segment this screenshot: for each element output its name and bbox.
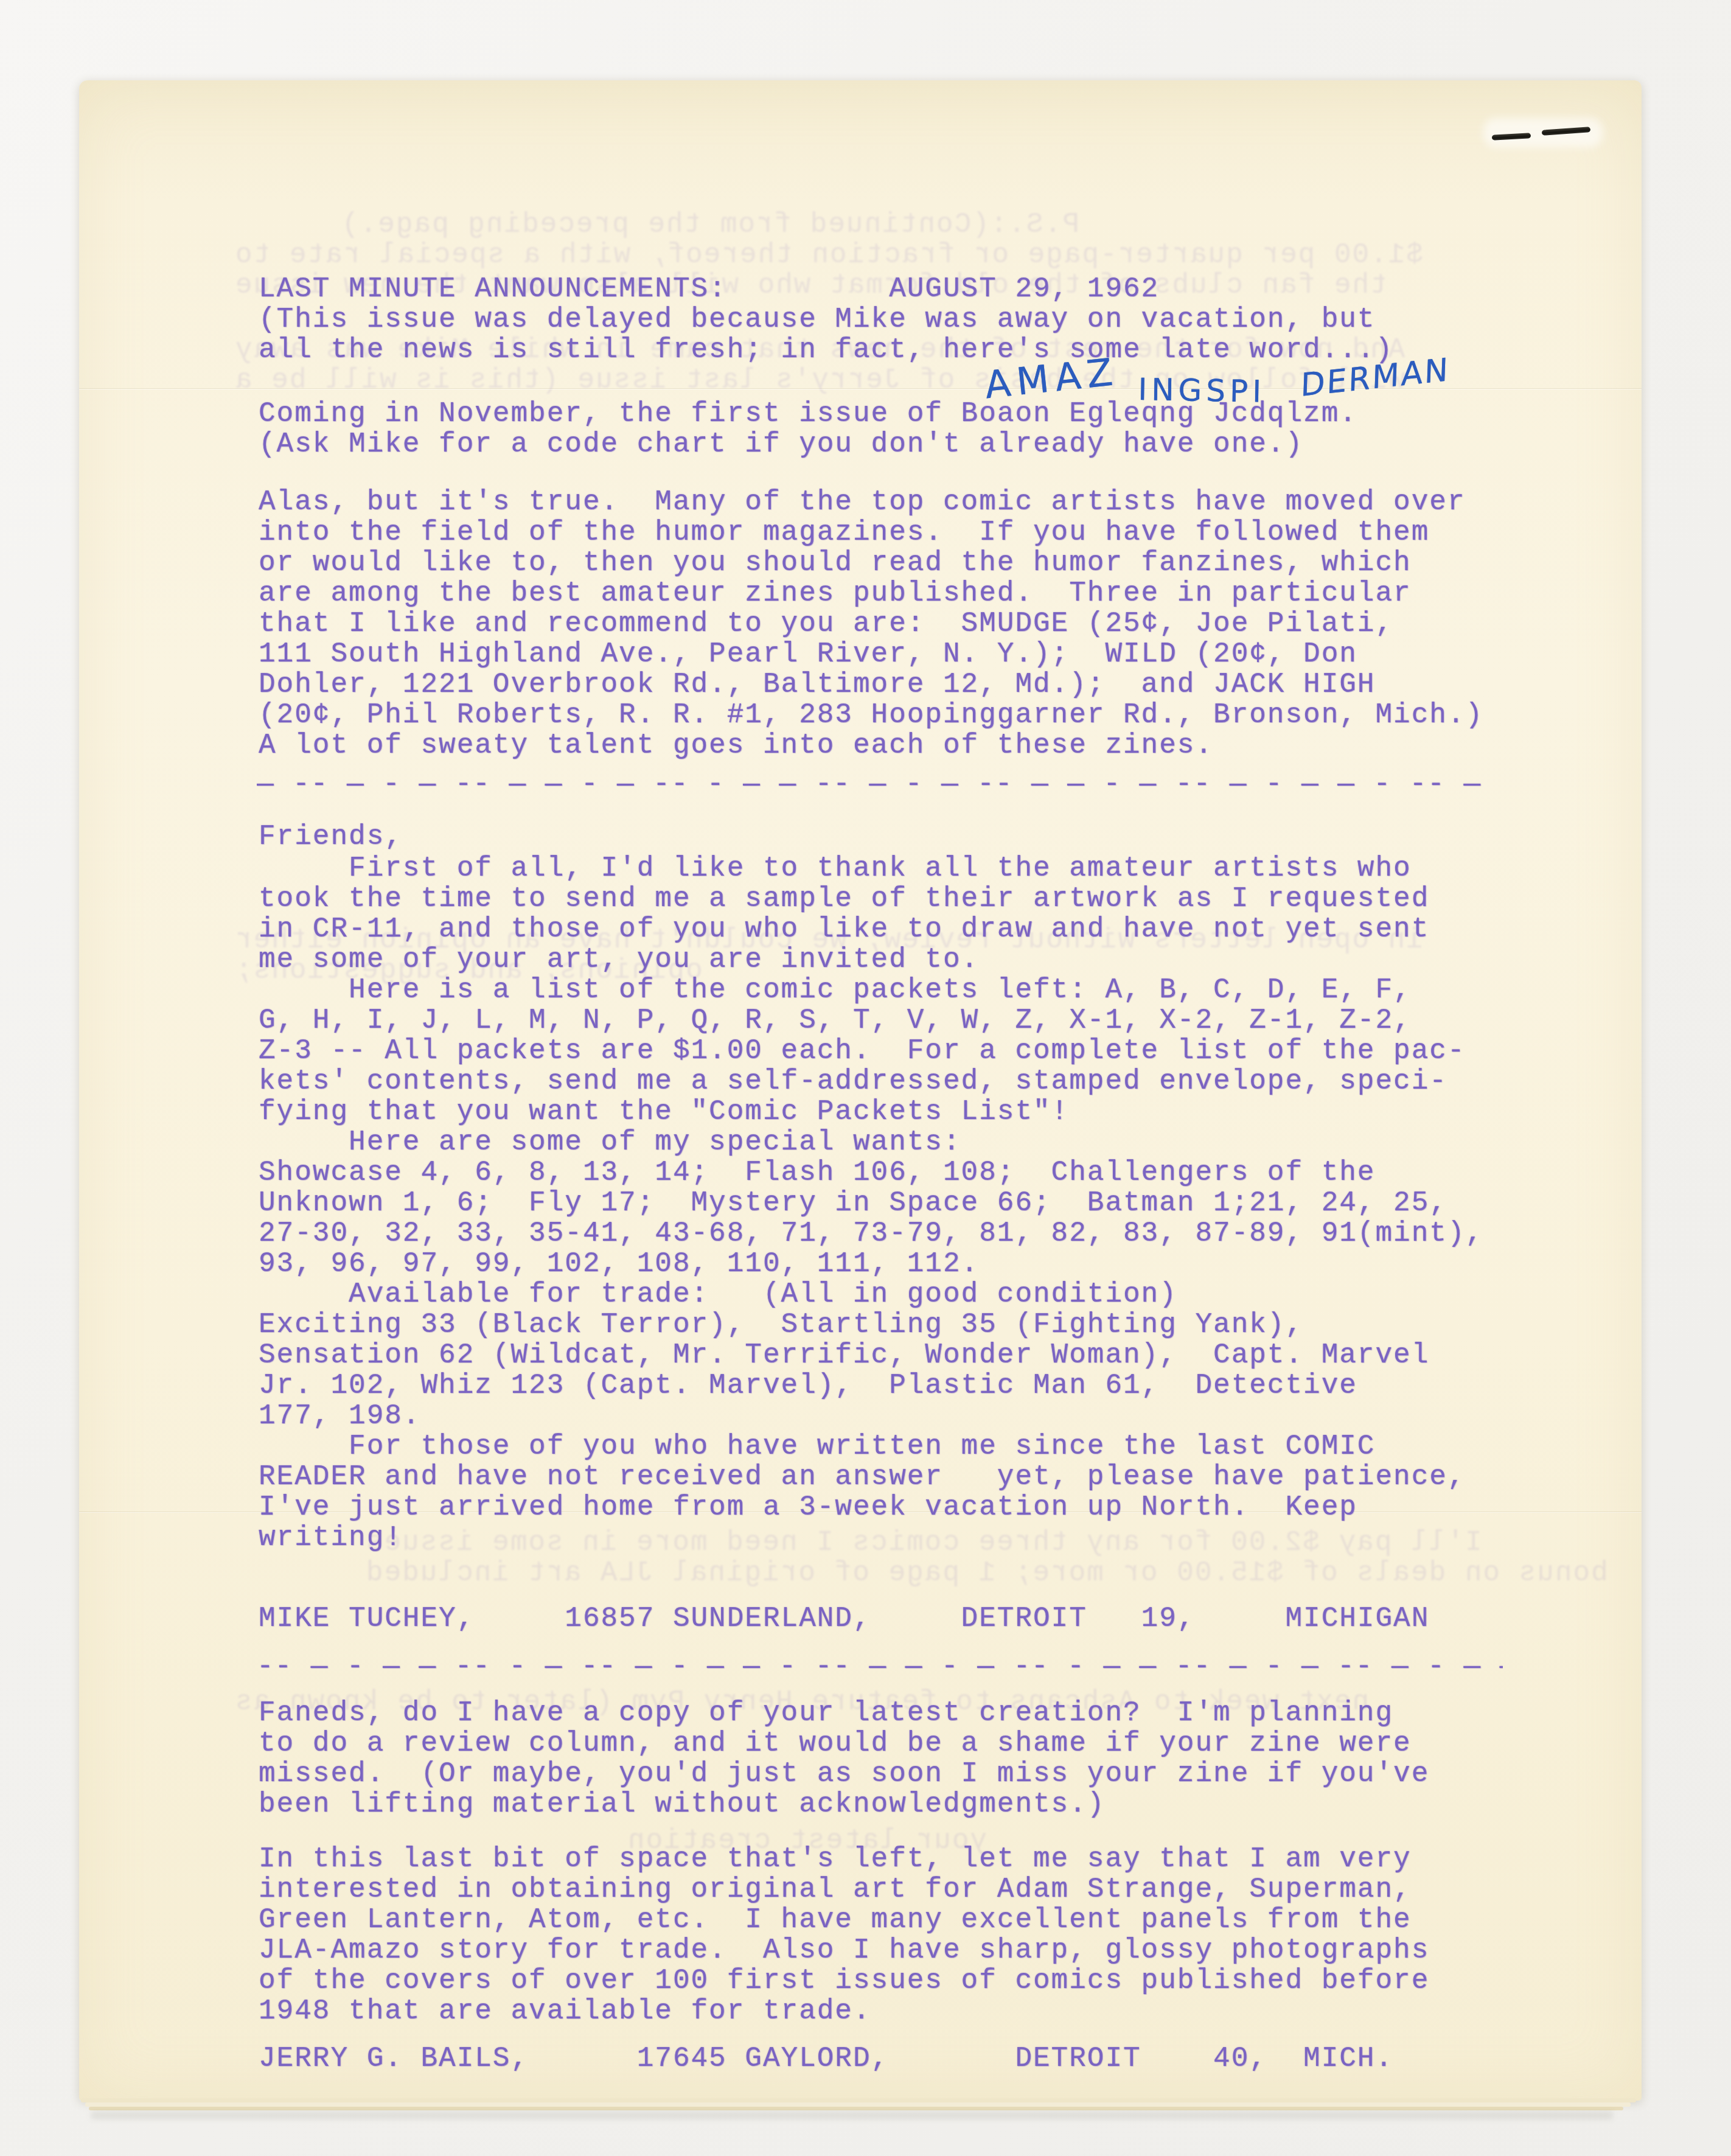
typed-line: Exciting 33 (Black Terror), Startling 35… (259, 1310, 1483, 1340)
ghost-text-line: bonus on deals of $15.00 or more; 1 page… (365, 1558, 1608, 1588)
typed-line: Z-3 -- All packets are $1.00 each. For a… (259, 1036, 1483, 1066)
typed-line: Jr. 102, Whiz 123 (Capt. Marvel), Plasti… (259, 1370, 1483, 1401)
scanner-background: P.S.:(Continued from the preceding page.… (0, 0, 1731, 2156)
typed-line: into the field of the humor magazines. I… (259, 517, 1483, 548)
original-art-block: In this last bit of space that's left, l… (259, 1844, 1429, 2026)
typed-line: 27-30, 32, 33, 35-41, 43-68, 71, 73-79, … (259, 1218, 1483, 1249)
under-sheet-edge (81, 2098, 1636, 2102)
typed-line: in CR-11, and those of you who like to d… (259, 914, 1483, 944)
typed-line: Sensation 62 (Wildcat, Mr. Terrific, Won… (259, 1340, 1483, 1370)
typed-line: READER and have not received an answer y… (259, 1462, 1483, 1492)
typed-line: LAST MINUTE ANNOUNCEMENTS: AUGUST 29, 19… (259, 274, 1393, 304)
header-block: LAST MINUTE ANNOUNCEMENTS: AUGUST 29, 19… (259, 274, 1393, 365)
typed-line: Here is a list of the comic packets left… (259, 975, 1483, 1005)
typed-line: or would like to, then you should read t… (259, 548, 1483, 578)
typed-line: interested in obtaining original art for… (259, 1874, 1429, 1905)
fanzine-page: P.S.:(Continued from the preceding page.… (79, 80, 1642, 2101)
typed-line: Dohler, 1221 Overbrook Rd., Baltimore 12… (259, 669, 1483, 700)
typed-line: are among the best amateur zines publish… (259, 578, 1483, 609)
typed-line: (This issue was delayed because Mike was… (259, 304, 1393, 335)
friends-letter-block: First of all, I'd like to thank all the … (259, 853, 1483, 1553)
under-sheet-edge (85, 2102, 1631, 2107)
typed-line: to do a review column, and it would be a… (259, 1728, 1429, 1759)
handwritten-annotation: AMAZ INGSPI DERMAN (984, 346, 1617, 402)
typed-line: Unknown 1, 6; Fly 17; Mystery in Space 6… (259, 1188, 1483, 1218)
handwritten-word: DERMAN (1300, 352, 1450, 404)
sheet-stack-shadow (91, 2112, 1612, 2119)
typed-line: Faneds, do I have a copy of your latest … (259, 1698, 1429, 1728)
typed-line: 111 South Highland Ave., Pearl River, N.… (259, 639, 1483, 669)
under-sheet-edge (89, 2107, 1623, 2110)
friends-salutation: Friends, (259, 822, 403, 852)
typed-line: fying that you want the "Comic Packets L… (259, 1097, 1483, 1127)
ghost-text-line: $1.00 per quarter-page or fraction there… (234, 240, 1423, 270)
typed-line: 177, 198. (259, 1401, 1483, 1431)
typed-line: writing! (259, 1523, 1483, 1553)
typed-line: Showcase 4, 6, 8, 13, 14; Flash 106, 108… (259, 1157, 1483, 1188)
typed-line: JLA-Amazo story for trade. Also I have s… (259, 1935, 1429, 1966)
typed-line: (20¢, Phil Roberts, R. R. #1, 283 Hoopin… (259, 700, 1483, 730)
typed-line: of the covers of over 100 first issues o… (259, 1966, 1429, 1996)
typed-line: Alas, but it's true. Many of the top com… (259, 487, 1483, 517)
typed-line: Green Lantern, Atom, etc. I have many ex… (259, 1905, 1429, 1935)
typed-line: I've just arrived home from a 3-week vac… (259, 1492, 1483, 1523)
typed-line: Coming in November, the first issue of B… (259, 399, 1357, 429)
typed-line: First of all, I'd like to thank all the … (259, 853, 1483, 884)
typed-line: been lifting material without acknowledg… (259, 1789, 1429, 1819)
typed-line: G, H, I, J, L, M, N, P, Q, R, S, T, V, W… (259, 1005, 1483, 1036)
typed-dashed-divider: -- — - — — -- - — -- — - — — - -- — — - … (257, 1652, 1503, 1682)
typed-line: (Ask Mike for a code chart if you don't … (259, 429, 1357, 459)
typed-line: missed. (Or maybe, you'd just as soon I … (259, 1759, 1429, 1789)
ghost-text-line: P.S.:(Continued from the preceding page.… (341, 209, 1079, 240)
coming-in-november-block: Coming in November, the first issue of B… (259, 399, 1357, 459)
typed-line: In this last bit of space that's left, l… (259, 1844, 1429, 1874)
humor-fanzines-block: Alas, but it's true. Many of the top com… (259, 487, 1483, 761)
typed-dashed-divider: — -- — - — -- — — - — -- - — — -- — - — … (257, 769, 1503, 800)
mike-tuchey-address: MIKE TUCHEY, 16857 SUNDERLAND, DETROIT 1… (259, 1603, 1429, 1634)
typed-line: 1948 that are available for trade. (259, 1996, 1429, 2026)
jerry-bails-address: JERRY G. BAILS, 17645 GAYLORD, DETROIT 4… (259, 2043, 1393, 2074)
typed-line: took the time to send me a sample of the… (259, 884, 1483, 914)
typed-line: Here are some of my special wants: (259, 1127, 1483, 1157)
typed-line: For those of you who have written me sin… (259, 1431, 1483, 1462)
typed-line: that I like and recommend to you are: SM… (259, 609, 1483, 639)
typed-line: 93, 96, 97, 99, 102, 108, 110, 111, 112. (259, 1249, 1483, 1279)
typed-line: me some of your art, you are invited to. (259, 944, 1483, 975)
typed-line: A lot of sweaty talent goes into each of… (259, 730, 1483, 761)
typed-line: Available for trade: (All in good condit… (259, 1279, 1483, 1310)
faneds-block: Faneds, do I have a copy of your latest … (259, 1698, 1429, 1819)
typed-line: kets' contents, send me a self-addressed… (259, 1066, 1483, 1097)
